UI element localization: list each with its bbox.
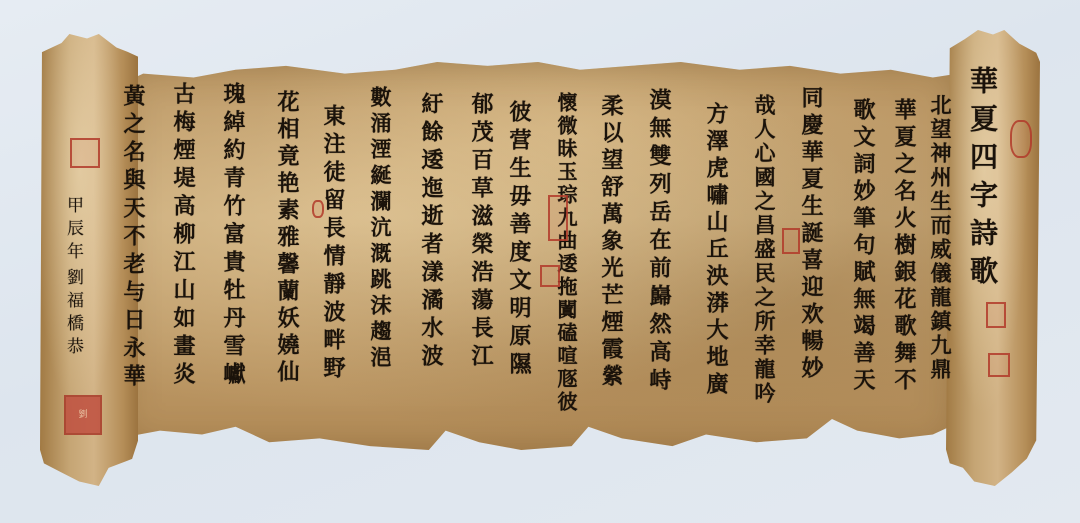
poem-column-4: 同慶華夏生誕喜迎欢暢妙 <box>800 86 822 383</box>
poem-column-5: 哉人心國之昌盛民之所幸龍吟 <box>754 94 775 406</box>
seal-stamp-middle-2 <box>548 195 568 241</box>
poem-column-18: 黃之名與天不老与日永華 <box>122 84 144 392</box>
seal-stamp-title <box>1010 120 1032 158</box>
scroll-title: 華夏四字詩歌 <box>968 66 996 294</box>
seal-stamp-small <box>312 200 324 218</box>
poem-column-12: 紆餘逶迤逝者漾潏水波 <box>420 92 442 372</box>
scroll-scene: 華夏四字詩歌 北望神州生而威儀龍鎮九鼎 華夏之名火樹銀花歌舞不 歌文詞妙筆句賦無… <box>0 0 1080 523</box>
poem-column-1: 北望神州生而威儀龍鎮九鼎 <box>930 94 951 382</box>
seal-stamp-middle-3 <box>540 265 560 287</box>
poem-column-2: 華夏之名火樹銀花歌舞不 <box>893 98 915 395</box>
seal-stamp-right-1 <box>986 302 1006 328</box>
poem-column-6: 方澤虎嘯山丘泱漭大地廣 <box>705 102 727 399</box>
poem-column-14: 東注徒留長情靜波畔野 <box>322 104 344 384</box>
poem-column-16: 瑰綽約青竹富貴牡丹雪巘 <box>222 82 244 390</box>
poem-column-15: 花相竟艳素雅馨蘭妖嬈仙 <box>276 90 298 387</box>
poem-column-17: 古梅煙堤高柳江山如畫炎 <box>172 82 194 390</box>
poem-column-13: 數涌湮綖瀾沆溉跳沫趨浥 <box>370 86 391 372</box>
poem-column-11: 郁茂百草滋榮浩蕩長江 <box>470 92 492 372</box>
poem-column-8: 柔以望舒萬象光芒煙霞縈 <box>600 94 622 391</box>
poem-column-3: 歌文詞妙筆句賦無竭善天 <box>852 98 874 395</box>
seal-stamp-right-2 <box>988 353 1010 377</box>
signature-date: 甲辰年 <box>64 196 81 265</box>
seal-stamp-signature: 劉 <box>64 395 102 435</box>
signature-artist: 劉福橋恭 <box>64 268 81 360</box>
seal-stamp-left-upper <box>70 138 100 168</box>
poem-column-7: 漠無雙列岳在前巋然高峙 <box>648 88 670 396</box>
poem-column-10: 彼营生毋善度文明原隰 <box>508 100 530 380</box>
seal-stamp-middle-1 <box>782 228 800 254</box>
poem-column-9: 懷微昧玉琮九曲逶拖闐磕喧豗彼 <box>556 92 576 414</box>
